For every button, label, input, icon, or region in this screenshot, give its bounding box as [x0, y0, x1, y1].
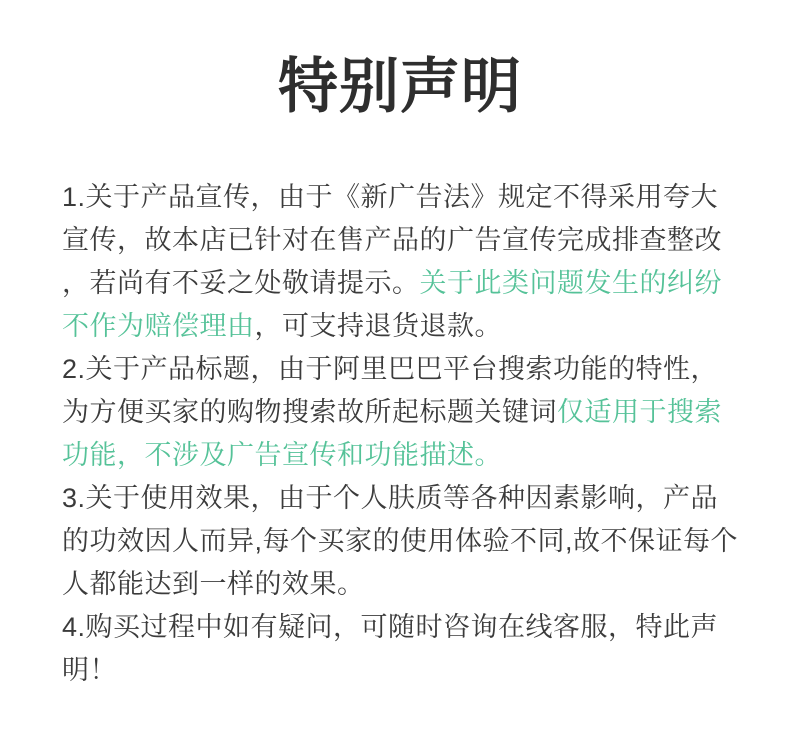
- special-statement-page: 特别声明 1.关于产品宣传，由于《新广告法》规定不得采用夸大宣传，故本店已针对在…: [0, 0, 800, 745]
- statement-body: 1.关于产品宣传，由于《新广告法》规定不得采用夸大宣传，故本店已针对在售产品的广…: [62, 176, 742, 692]
- statement-paragraph-2: 2.关于产品标题，由于阿里巴巴平台搜索功能的特性，为方便买家的购物搜索故所起标题…: [62, 348, 742, 477]
- paragraph-1-text-end: ，可支持退货退款。: [255, 311, 503, 341]
- statement-paragraph-4: 4.购买过程中如有疑问，可随时咨询在线客服，特此声明！: [62, 606, 742, 692]
- paragraph-3-text: 3.关于使用效果，由于个人肤质等各种因素影响，产品的功效因人而异,每个买家的使用…: [62, 483, 738, 599]
- statement-paragraph-1: 1.关于产品宣传，由于《新广告法》规定不得采用夸大宣传，故本店已针对在售产品的广…: [62, 176, 742, 348]
- statement-paragraph-3: 3.关于使用效果，由于个人肤质等各种因素影响，产品的功效因人而异,每个买家的使用…: [62, 477, 742, 606]
- paragraph-4-text: 4.购买过程中如有疑问，可随时咨询在线客服，特此声明！: [62, 612, 718, 685]
- page-title: 特别声明: [0, 0, 800, 122]
